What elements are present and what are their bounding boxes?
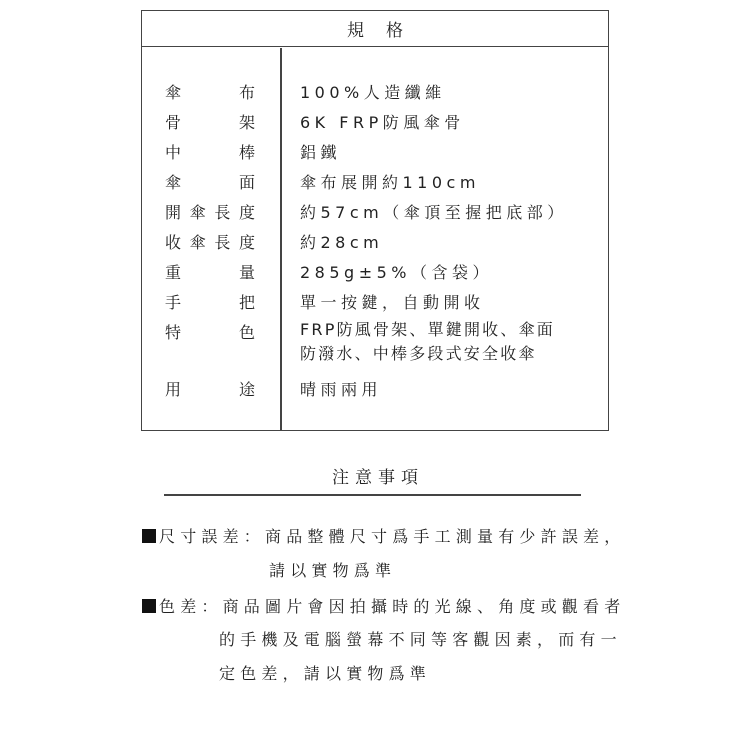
- spec-label: 中棒: [165, 140, 255, 163]
- column-divider: [280, 48, 282, 430]
- note-size-error: 尺寸誤差：商品整體尺寸爲手工測量有少許誤差，: [142, 524, 625, 547]
- spec-value: 約28cm: [300, 230, 383, 253]
- square-bullet-icon: [142, 599, 156, 613]
- note-color-difference-cont: 定色差，請以實物爲準: [219, 661, 431, 684]
- spec-value: 285g±5%（含袋）: [300, 260, 493, 283]
- spec-table: 規格 傘布 100%人造纖維 骨架 6K FRP防風傘骨 中棒 鋁鐵 傘面 傘布…: [141, 10, 609, 431]
- note-color-difference: 色差：商品圖片會因拍攝時的光線、角度或觀看者: [142, 594, 625, 617]
- spec-label: 用途: [165, 377, 255, 400]
- notes-divider: [164, 494, 581, 496]
- spec-label: 傘面: [165, 170, 255, 193]
- spec-label: 骨架: [165, 110, 255, 133]
- note-size-error-cont: 請以實物爲準: [269, 558, 396, 581]
- note-color-difference-cont: 的手機及電腦螢幕不同等客觀因素，而有一: [219, 627, 622, 650]
- spec-value: 晴雨兩用: [300, 377, 382, 400]
- spec-value: 100%人造纖維: [300, 80, 446, 103]
- spec-label: 手把: [165, 290, 255, 313]
- spec-label: 重量: [165, 260, 255, 283]
- square-bullet-icon: [142, 529, 156, 543]
- spec-value: 傘布展開約110cm: [300, 170, 480, 193]
- notes-title: 注意事項: [0, 463, 750, 488]
- spec-value: 約57cm（傘頂至握把底部）: [300, 200, 568, 223]
- spec-label: 開傘長度: [165, 200, 255, 223]
- spec-value: FRP防風骨架、單鍵開收、傘面 防潑水、中棒多段式安全收傘: [300, 318, 555, 366]
- spec-value: 單一按鍵，自動開收: [300, 290, 485, 313]
- spec-label: 收傘長度: [165, 230, 255, 253]
- spec-title: 規格: [142, 11, 608, 47]
- spec-label: 傘布: [165, 80, 255, 103]
- spec-value: 6K FRP防風傘骨: [300, 110, 465, 133]
- spec-value: 鋁鐵: [300, 140, 341, 163]
- spec-label: 特色: [165, 320, 255, 343]
